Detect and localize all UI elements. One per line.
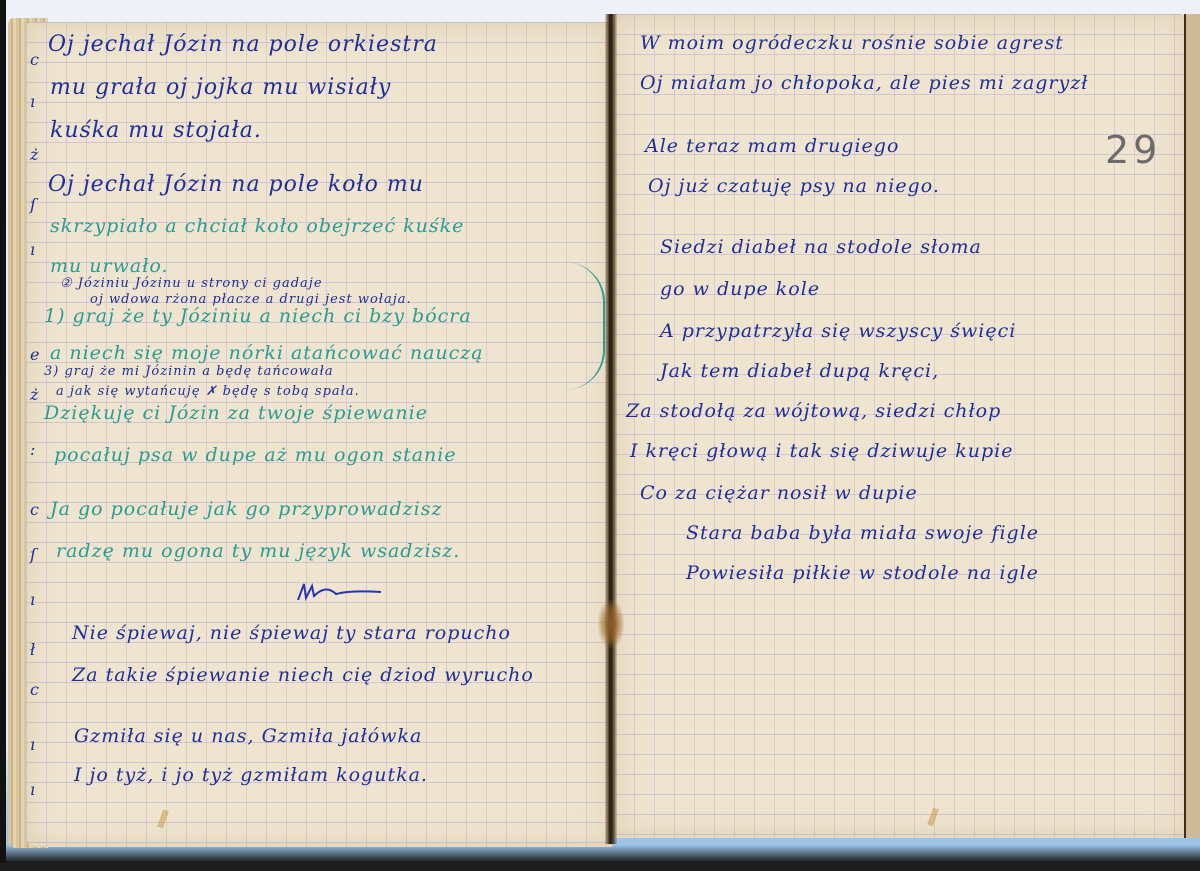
handwritten-line: Za stodołą za wójtową, siedzi chłop — [626, 400, 1001, 422]
handwritten-line: Za takie śpiewanie niech cię dziod wyruc… — [72, 664, 534, 686]
handwritten-line: mu grała oj jojka mu wisiały — [50, 75, 391, 100]
handwritten-line: Siedzi diabeł na stodole słoma — [660, 236, 982, 258]
margin-mark: e — [30, 345, 39, 364]
handwritten-line: Powiesiła piłkie w stodole na igle — [686, 562, 1039, 584]
handwritten-line: I jo tyż, i jo tyż gzmiłam kogutka. — [74, 764, 428, 786]
handwritten-line: Ja go pocałuje jak go przyprowadzisz — [50, 498, 442, 520]
handwritten-line: skrzypiało a chciał koło obejrzeć kuśke — [50, 215, 464, 237]
margin-mark: c — [30, 500, 39, 519]
right-page-edge — [1184, 14, 1200, 838]
handwritten-line: 1) graj że ty Józiniu a niech ci bzy bóc… — [44, 305, 472, 327]
margin-mark: c — [30, 680, 39, 699]
handwritten-annotation: a jak się wytańcuję ✗ będę s tobą spała. — [56, 384, 360, 399]
handwritten-line: Oj już czatuję psy na niego. — [648, 175, 940, 197]
margin-mark: ż — [30, 145, 38, 164]
handwritten-line: Jak tem diabeł dupą kręci, — [660, 360, 939, 382]
margin-mark: ſ — [30, 195, 36, 214]
page-number: 29 — [1105, 128, 1161, 172]
handwritten-line: go w dupe kole — [660, 278, 820, 300]
handwritten-line: Oj jechał Józin na pole orkiestra — [48, 32, 438, 57]
margin-mark: ı — [30, 240, 35, 259]
scan-frame-bottom — [0, 863, 1200, 871]
handwritten-line: a niech się moje nórki atańcować nauczą — [50, 342, 484, 364]
margin-mark: ı — [30, 735, 35, 754]
margin-mark: : — [30, 440, 35, 459]
handwritten-annotation: ② Józiniu Józinu u strony ci gadaje — [60, 276, 323, 291]
scan-frame-left — [0, 0, 6, 871]
handwritten-line: pocałuj psa w dupe aż mu ogon stanie — [54, 444, 457, 466]
handwritten-annotation: 3) graj że mi Józinin a będę tańcowała — [44, 364, 334, 379]
notebook-spine — [605, 14, 617, 844]
handwritten-line: kuśka mu stojała. — [50, 118, 262, 143]
margin-mark: ı — [30, 590, 35, 609]
handwritten-line: Oj miałam jo chłopoka, ale pies mi zagry… — [640, 72, 1088, 94]
handwritten-line: Co za ciężar nosił w dupie — [640, 482, 918, 504]
handwritten-line: Nie śpiewaj, nie śpiewaj ty stara ropuch… — [72, 622, 511, 644]
margin-mark: ł — [30, 640, 35, 659]
handwritten-line: I kręci głową i tak się dziwuje kupie — [630, 440, 1013, 462]
margin-mark: c — [30, 50, 39, 69]
handwritten-line: W moim ogródeczku rośnie sobie agrest — [640, 32, 1064, 54]
handwritten-line: Ale teraz mam drugiego — [645, 135, 899, 157]
margin-mark: ı — [30, 780, 35, 799]
handwritten-line: Stara baba była miała swoje figle — [686, 522, 1039, 544]
teal-bracket-mark — [548, 262, 605, 390]
margin-mark: ı — [30, 92, 35, 111]
margin-mark: ż — [30, 385, 38, 404]
squiggle-signature-mark — [296, 580, 386, 602]
spine-stain — [598, 600, 624, 648]
handwritten-line: Dziękuję ci Józin za twoje śpiewanie — [44, 402, 428, 424]
handwritten-line: Oj jechał Józin na pole koło mu — [48, 172, 424, 197]
margin-mark: ſ — [30, 545, 36, 564]
handwritten-line: Gzmiła się u nas, Gzmiła jałówka — [74, 725, 422, 747]
handwritten-line: radzę mu ogona ty mu język wsadzisz. — [56, 540, 460, 562]
left-page — [26, 22, 612, 847]
handwritten-line: A przypatrzyła się wszyscy święci — [660, 320, 1016, 342]
handwritten-line: mu urwało. — [50, 255, 169, 277]
